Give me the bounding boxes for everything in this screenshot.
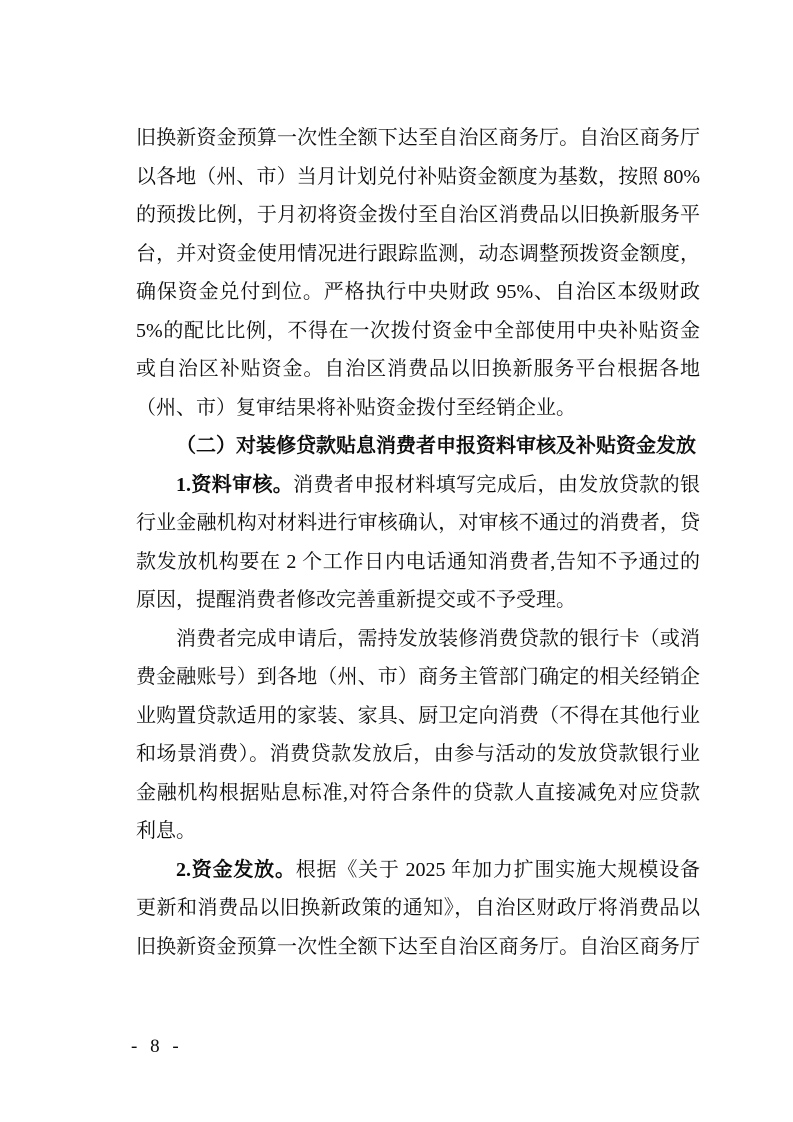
body-text: 和场景消费）。消费贷款发放后，由参与活动的发放贷款银行业 xyxy=(136,743,700,765)
text-line: （州、市）复审结果将补贴资金拨付至经销企业。 xyxy=(136,389,700,428)
body-text: 确保资金兑付到位。严格执行中央财政 95%、自治区本级财政 xyxy=(136,281,700,303)
body-text: （州、市）复审结果将补贴资金拨付至经销企业。 xyxy=(136,397,576,419)
body-text: 费金融账号）到各地（州、市）商务主管部门确定的相关经销企 xyxy=(136,666,700,688)
text-line: 旧换新资金预算一次性全额下达至自治区商务厅。自治区商务厅 xyxy=(136,928,700,967)
text-line: 台，并对资金使用情况进行跟踪监测，动态调整预拨资金额度， xyxy=(136,235,700,274)
text-line: 1.资料审核。消费者申报材料填写完成后，由发放贷款的银 xyxy=(136,466,700,505)
page-number: - 8 - xyxy=(131,1036,183,1058)
text-line: 原因，提醒消费者修改完善重新提交或不予受理。 xyxy=(136,581,700,620)
text-line: 2.资金发放。根据《关于 2025 年加力扩围实施大规模设备 xyxy=(136,851,700,890)
body-text: 旧换新资金预算一次性全额下达至自治区商务厅。自治区商务厅 xyxy=(136,127,700,149)
text-line: 5%的配比比例，不得在一次拨付资金中全部使用中央补贴资金 xyxy=(136,312,700,351)
text-line: 费金融账号）到各地（州、市）商务主管部门确定的相关经销企 xyxy=(136,658,700,697)
text-line: 款发放机构要在 2 个工作日内电话通知消费者,告知不予通过的 xyxy=(136,543,700,582)
body-text: 根据《关于 2025 年加力扩围实施大规模设备 xyxy=(296,859,700,881)
body-text: 以各地（州、市）当月计划兑付补贴资金额度为基数，按照 80% xyxy=(136,166,700,188)
body-text: 5%的配比比例，不得在一次拨付资金中全部使用中央补贴资金 xyxy=(136,320,700,342)
body-text: 金融机构根据贴息标准,对符合条件的贷款人直接减免对应贷款 xyxy=(136,782,700,804)
document-page: 旧换新资金预算一次性全额下达至自治区商务厅。自治区商务厅以各地（州、市）当月计划… xyxy=(0,0,793,1122)
body-text: 的预拨比例，于月初将资金拨付至自治区消费品以旧换新服务平 xyxy=(136,204,700,226)
text-line: 旧换新资金预算一次性全额下达至自治区商务厅。自治区商务厅 xyxy=(136,119,700,158)
body-text: 款发放机构要在 2 个工作日内电话通知消费者,告知不予通过的 xyxy=(136,551,700,573)
text-line: 和场景消费）。消费贷款发放后，由参与活动的发放贷款银行业 xyxy=(136,735,700,774)
body-text: 或自治区补贴资金。自治区消费品以旧换新服务平台根据各地 xyxy=(136,358,700,380)
body-text: 行业金融机构对材料进行审核确认，对审核不通过的消费者，贷 xyxy=(136,512,700,534)
bold-lead-text: （二）对装修贷款贴息消费者申报资料审核及补贴资金发放 xyxy=(176,435,696,457)
document-body: 旧换新资金预算一次性全额下达至自治区商务厅。自治区商务厅以各地（州、市）当月计划… xyxy=(136,119,700,966)
text-line: 的预拨比例，于月初将资金拨付至自治区消费品以旧换新服务平 xyxy=(136,196,700,235)
body-text: 消费者申报材料填写完成后，由发放贷款的银 xyxy=(293,474,700,496)
body-text: 原因，提醒消费者修改完善重新提交或不予受理。 xyxy=(136,589,576,611)
text-line: （二）对装修贷款贴息消费者申报资料审核及补贴资金发放 xyxy=(136,427,700,466)
body-text: 旧换新资金预算一次性全额下达至自治区商务厅。自治区商务厅 xyxy=(136,936,700,958)
text-line: 金融机构根据贴息标准,对符合条件的贷款人直接减免对应贷款 xyxy=(136,774,700,813)
body-text: 利息。 xyxy=(136,820,196,842)
body-text: 台，并对资金使用情况进行跟踪监测，动态调整预拨资金额度， xyxy=(136,243,700,265)
text-line: 以各地（州、市）当月计划兑付补贴资金额度为基数，按照 80% xyxy=(136,158,700,197)
body-text: 业购置贷款适用的家装、家具、厨卫定向消费（不得在其他行业 xyxy=(136,705,700,727)
text-line: 业购置贷款适用的家装、家具、厨卫定向消费（不得在其他行业 xyxy=(136,697,700,736)
text-line: 利息。 xyxy=(136,812,700,851)
bold-lead-text: 1.资料审核。 xyxy=(176,474,293,496)
body-text: 消费者完成申请后，需持发放装修消费贷款的银行卡（或消 xyxy=(176,628,700,650)
text-line: 更新和消费品以旧换新政策的通知》，自治区财政厅将消费品以 xyxy=(136,889,700,928)
body-text: 更新和消费品以旧换新政策的通知》，自治区财政厅将消费品以 xyxy=(136,897,700,919)
bold-lead-text: 2.资金发放。 xyxy=(176,859,296,881)
text-line: 确保资金兑付到位。严格执行中央财政 95%、自治区本级财政 xyxy=(136,273,700,312)
text-line: 或自治区补贴资金。自治区消费品以旧换新服务平台根据各地 xyxy=(136,350,700,389)
text-line: 行业金融机构对材料进行审核确认，对审核不通过的消费者，贷 xyxy=(136,504,700,543)
text-line: 消费者完成申请后，需持发放装修消费贷款的银行卡（或消 xyxy=(136,620,700,659)
